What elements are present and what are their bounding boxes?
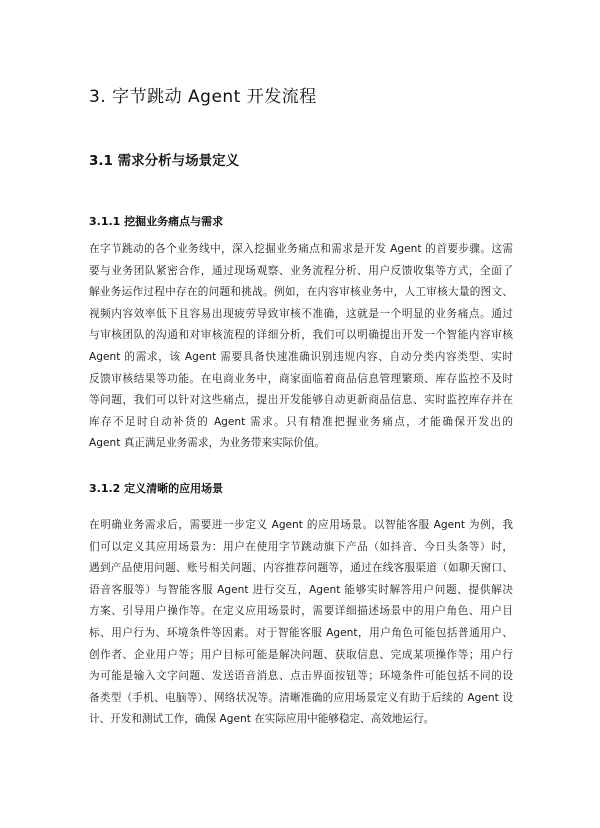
subsection-title-pain-points: 3.1.1 挖掘业务痛点与需求 (89, 213, 223, 229)
text-line: 等问题，我们可以针对这些痛点，提出开发能够自动更新商品信息、实时监控库存并在 (89, 390, 513, 412)
text-line: Agent 的需求，该 Agent 需要具备快速准确识别违规内容、自动分类内容类… (89, 347, 513, 369)
text-line: 与审核团队的沟通和对审核流程的详细分析，我们可以明确提出开发一个智能内容审核 (89, 325, 513, 347)
text-line: 备类型（手机、电脑等）、网络状况等。清晰准确的应用场景定义有助于后续的 Agen… (89, 688, 513, 710)
text-line: 在明确业务需求后，需要进一步定义 Agent 的应用场景。以智能客服 Agent… (89, 515, 513, 537)
paragraph-scenarios: 在明确业务需求后，需要进一步定义 Agent 的应用场景。以智能客服 Agent… (89, 515, 513, 731)
text-line: 语音客服等）与智能客服 Agent 进行交互，Agent 能够实时解答用户问题、… (89, 580, 513, 602)
subsection-title-scenarios: 3.1.2 定义清晰的应用场景 (89, 480, 223, 496)
text-line: 要与业务团队紧密合作，通过现场观察、业务流程分析、用户反馈收集等方式，全面了 (89, 261, 513, 283)
text-line: 方案、引导用户操作等。在定义应用场景时，需要详细描述场景中的用户角色、用户目 (89, 601, 513, 623)
paragraph-pain-points: 在字节跳动的各个业务线中，深入挖掘业务痛点和需求是开发 Agent 的首要步骤。… (89, 239, 513, 455)
text-line: 为可能是输入文字问题、发送语音消息、点击界面按钮等；环境条件可能包括不同的设 (89, 666, 513, 688)
text-line: 在字节跳动的各个业务线中，深入挖掘业务痛点和需求是开发 Agent 的首要步骤。… (89, 239, 513, 261)
text-line: 们可以定义其应用场景为：用户在使用字节跳动旗下产品（如抖音、今日头条等）时， (89, 537, 513, 559)
text-line: 计、开发和测试工作，确保 Agent 在实际应用中能够稳定、高效地运行。 (89, 709, 513, 731)
text-line: 解业务运作过程中存在的问题和挑战。例如，在内容审核业务中，人工审核大量的图文、 (89, 282, 513, 304)
text-line: 反馈审核结果等功能。在电商业务中，商家面临着商品信息管理繁琐、库存监控不及时 (89, 369, 513, 391)
text-line: 标、用户行为、环境条件等因素。对于智能客服 Agent，用户角色可能包括普通用户… (89, 623, 513, 645)
text-line: 视频内容效率低下且容易出现疲劳导致审核不准确，这就是一个明显的业务痛点。通过 (89, 304, 513, 326)
text-line: Agent 真正满足业务需求，为业务带来实际价值。 (89, 433, 513, 455)
chapter-title: 3. 字节跳动 Agent 开发流程 (89, 82, 317, 107)
text-line: 遇到产品使用问题、账号相关问题、内容推荐问题等，通过在线客服渠道（如聊天窗口、 (89, 558, 513, 580)
text-line: 创作者、企业用户等；用户目标可能是解决问题、获取信息、完成某项操作等；用户行 (89, 645, 513, 667)
text-line: 库存不足时自动补货的 Agent 需求。只有精准把握业务痛点，才能确保开发出的 (89, 412, 513, 434)
section-title: 3.1 需求分析与场景定义 (89, 149, 239, 169)
